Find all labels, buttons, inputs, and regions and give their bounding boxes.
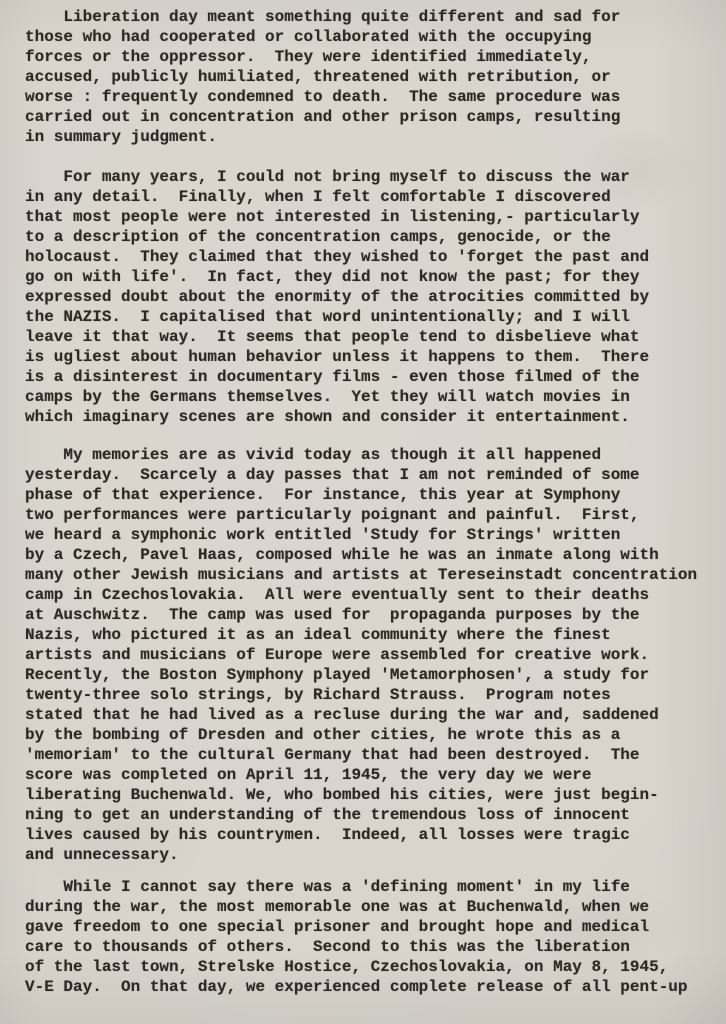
- paragraph-for-many-years: For many years, I could not bring myself…: [25, 167, 720, 427]
- paragraph-my-memories: My memories are as vivid today as though…: [25, 445, 720, 865]
- document-text: Liberation day meant something quite dif…: [25, 7, 720, 997]
- scanned-document-page: Liberation day meant something quite dif…: [0, 0, 726, 1024]
- paragraph-liberation-day: Liberation day meant something quite dif…: [25, 7, 720, 147]
- paragraph-defining-moment: While I cannot say there was a 'defining…: [25, 877, 720, 997]
